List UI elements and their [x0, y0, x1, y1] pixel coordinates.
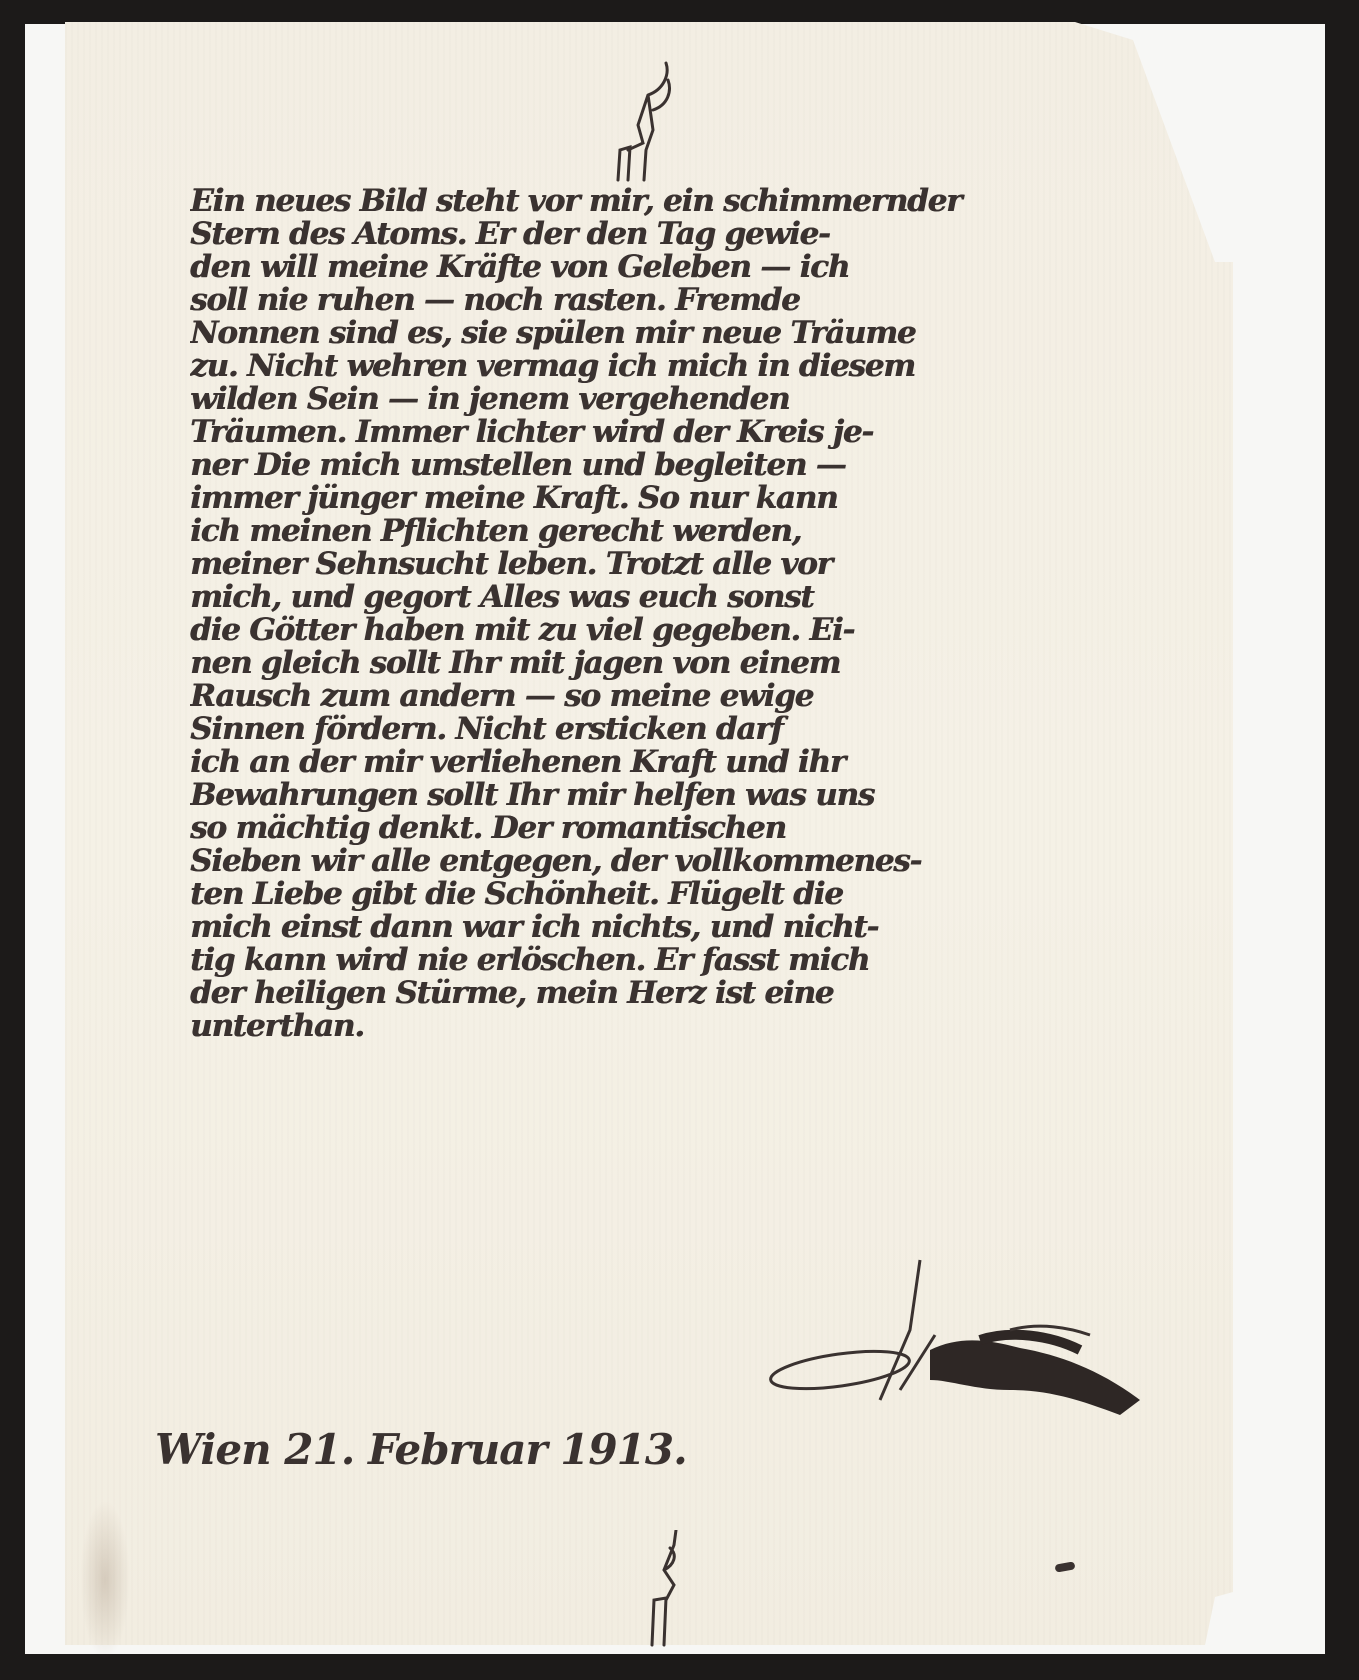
body-line: wilden Sein — in jenem vergehenden: [190, 383, 1115, 416]
body-line: ich meinen Pflichten gerecht werden,: [190, 515, 1115, 548]
signature-icon: [760, 1240, 1150, 1420]
dateline: Wien 21. Februar 1913.: [155, 1425, 687, 1474]
body-line: zu. Nicht wehren vermag ich mich in dies…: [190, 350, 1115, 383]
body-line: ten Liebe gibt die Schönheit. Flügelt di…: [190, 878, 1115, 911]
body-line: soll nie ruhen — noch rasten. Fremde: [190, 284, 1115, 317]
body-line: die Götter haben mit zu viel gegeben. Ei…: [190, 614, 1115, 647]
body-line: mich einst dann war ich nichts, und nich…: [190, 911, 1115, 944]
body-line: so mächtig denkt. Der romantischen: [190, 812, 1115, 845]
body-line: Nonnen sind es, sie spülen mir neue Träu…: [190, 317, 1115, 350]
body-line: Ein neues Bild steht vor mir, ein schimm…: [190, 185, 1115, 218]
body-line: der heiligen Stürme, mein Herz ist eine: [190, 977, 1115, 1010]
body-line: Rausch zum andern — so meine ewige: [190, 680, 1115, 713]
body-line: ich an der mir verliehenen Kraft und ihr: [190, 746, 1115, 779]
body-line: meiner Sehnsucht leben. Trotzt alle vor: [190, 548, 1115, 581]
body-line: Sieben wir alle entgegen, der vollkommen…: [190, 845, 1115, 878]
body-line: Stern des Atoms. Er der den Tag gewie-: [190, 218, 1115, 251]
paper-stain: [80, 1500, 130, 1660]
body-line: Sinnen fördern. Nicht ersticken darf: [190, 713, 1115, 746]
body-line: unterthan.: [190, 1010, 1115, 1043]
body-line: Träumen. Immer lichter wird der Kreis je…: [190, 416, 1115, 449]
body-line: Bewahrungen sollt Ihr mir helfen was uns: [190, 779, 1115, 812]
body-line: mich, und gegort Alles was euch sonst: [190, 581, 1115, 614]
body-line: tig kann wird nie erlöschen. Er fasst mi…: [190, 944, 1115, 977]
body-line: ner Die mich umstellen und begleiten —: [190, 449, 1115, 482]
letter-body: Ein neues Bild steht vor mir, ein schimm…: [190, 185, 1115, 1043]
header-monogram-icon: [608, 55, 678, 185]
body-line: nen gleich sollt Ihr mit jagen von einem: [190, 647, 1115, 680]
body-line: immer jünger meine Kraft. So nur kann: [190, 482, 1115, 515]
footer-monogram-icon: [640, 1530, 685, 1650]
body-line: den will meine Kräfte von Geleben — ich: [190, 251, 1115, 284]
